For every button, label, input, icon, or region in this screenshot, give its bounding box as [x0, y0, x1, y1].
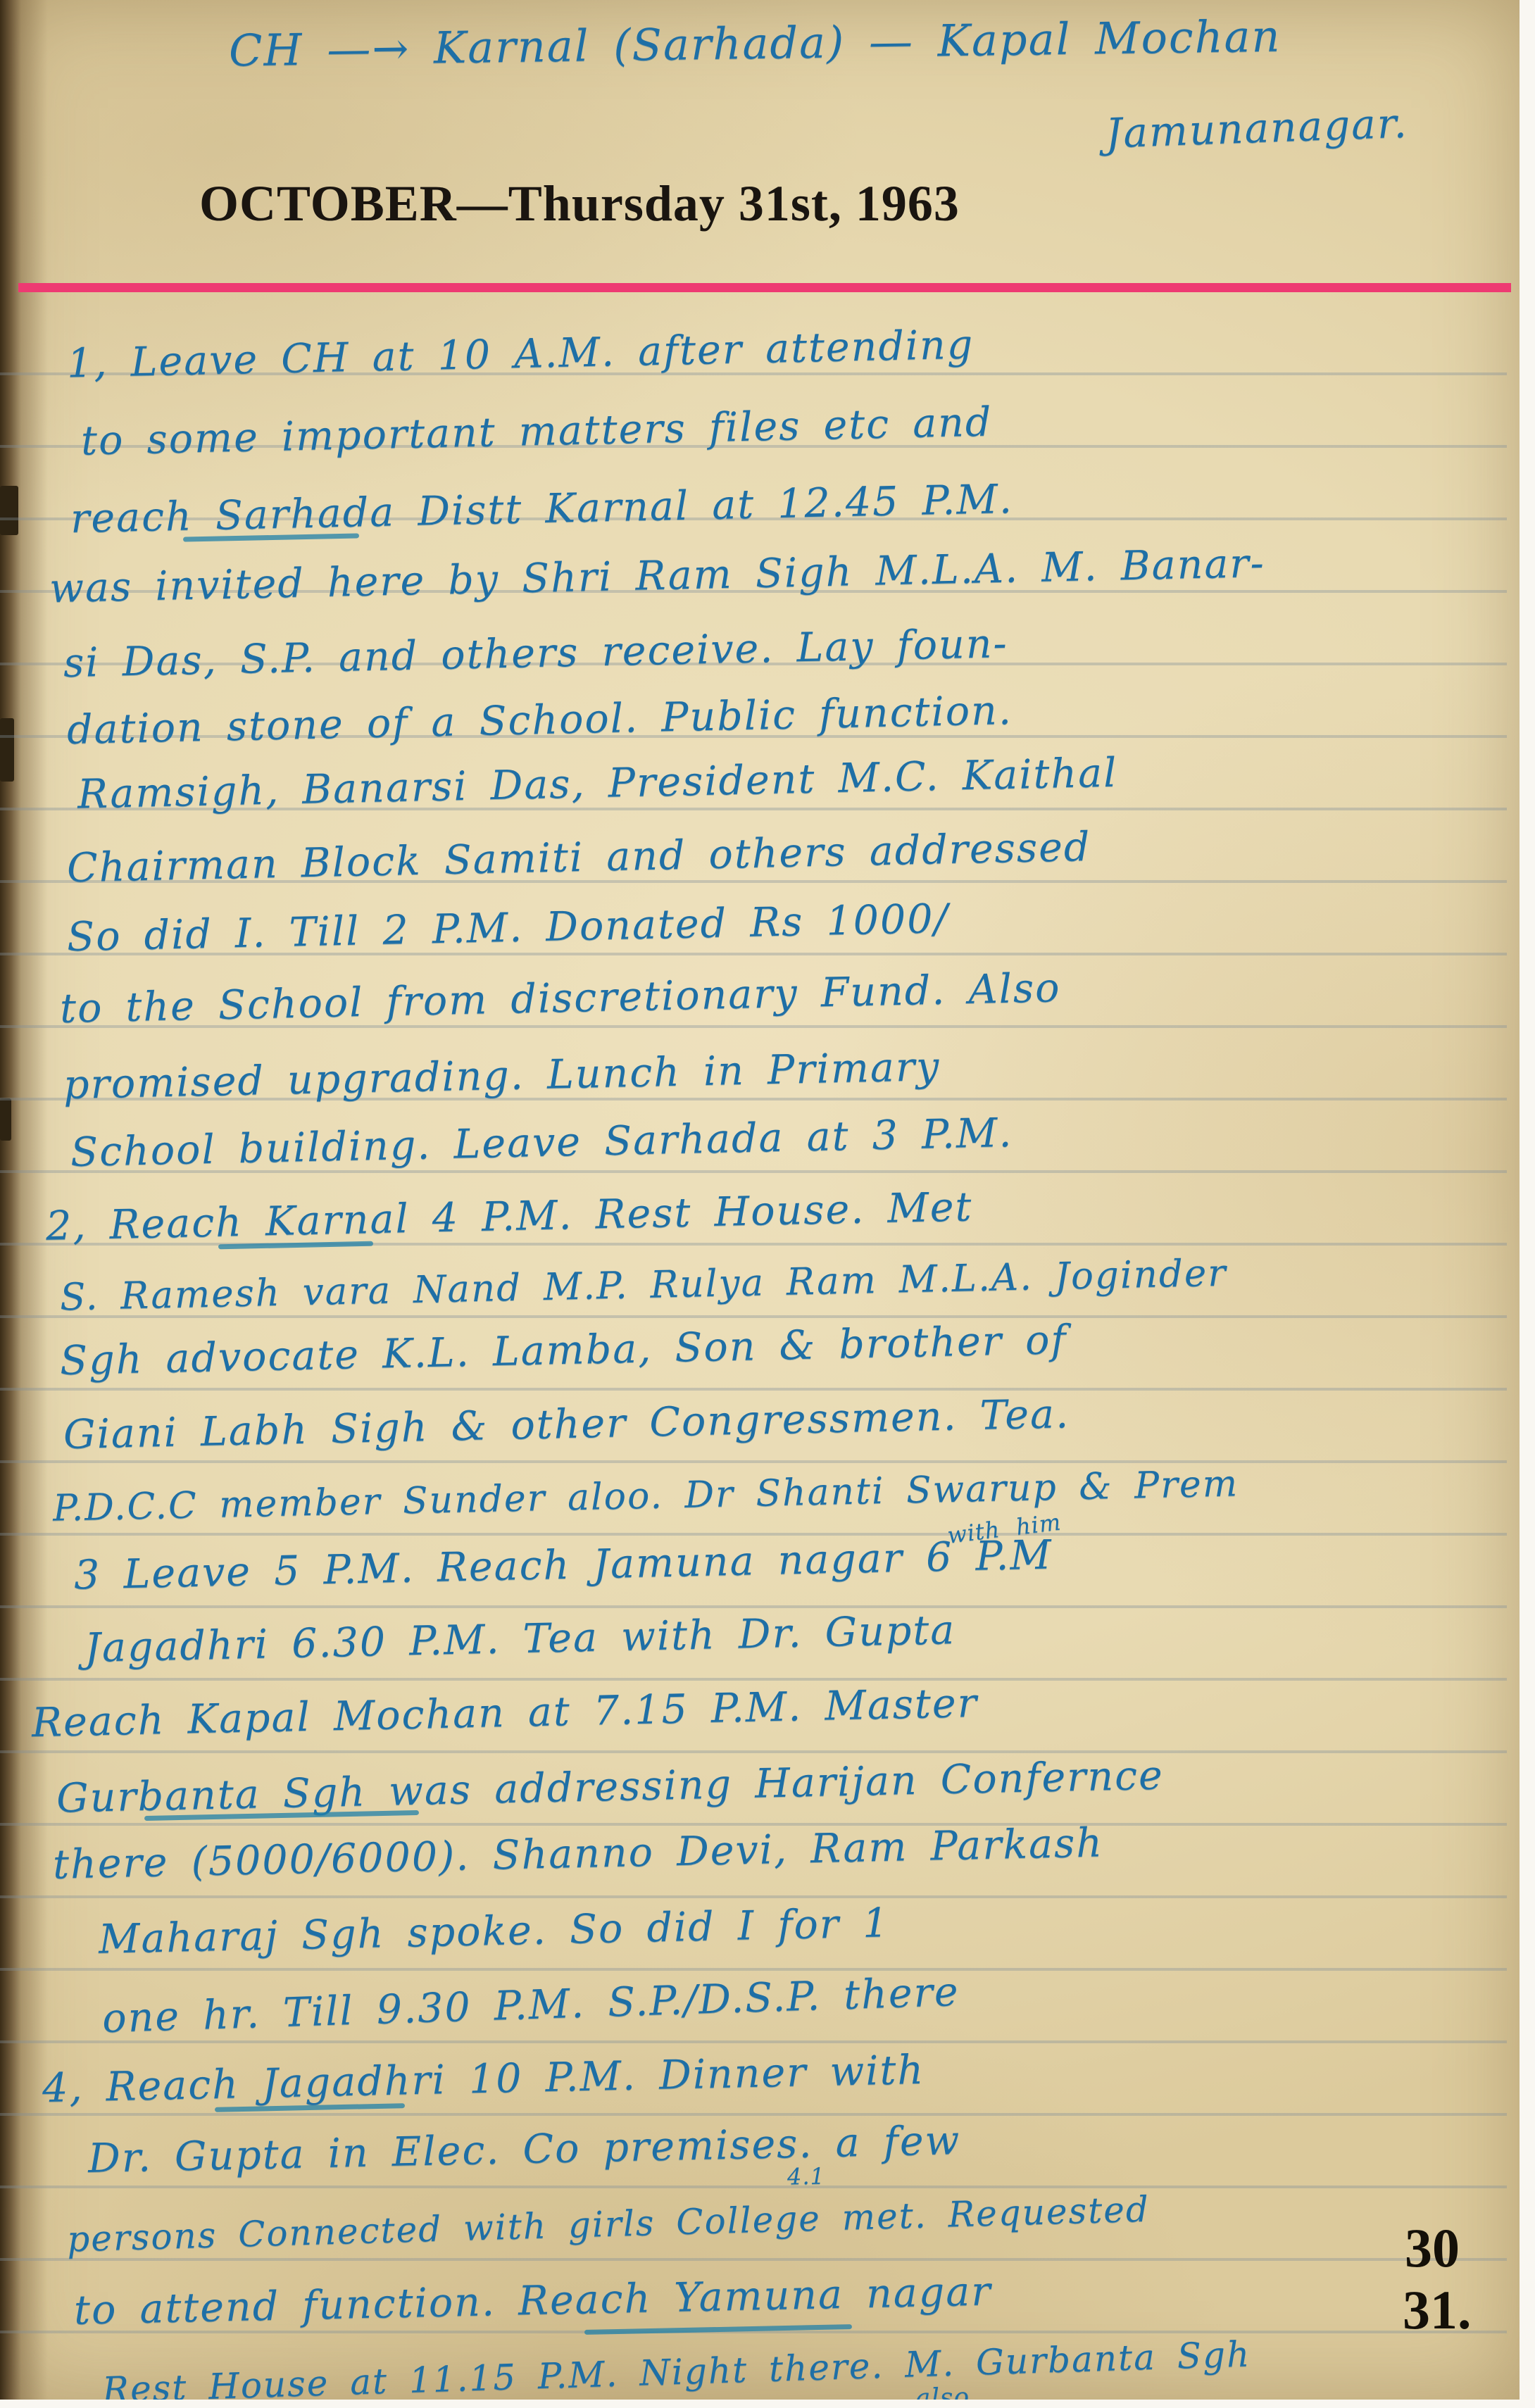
pink-rule — [18, 283, 1511, 292]
page-number-31: 31. — [1403, 2278, 1472, 2342]
scan-edge-right — [1520, 0, 1535, 2408]
scan-edge-bottom — [0, 2400, 1535, 2408]
annotation-insert-mark: 4.1 — [787, 2162, 826, 2190]
page-number-30: 30 — [1405, 2216, 1460, 2280]
printed-date-header: OCTOBER—Thursday 31st, 1963 — [199, 175, 960, 233]
diary-page-scan: CH —→ Karnal (Sarhada) — Kapal Mochan Ja… — [0, 0, 1535, 2408]
